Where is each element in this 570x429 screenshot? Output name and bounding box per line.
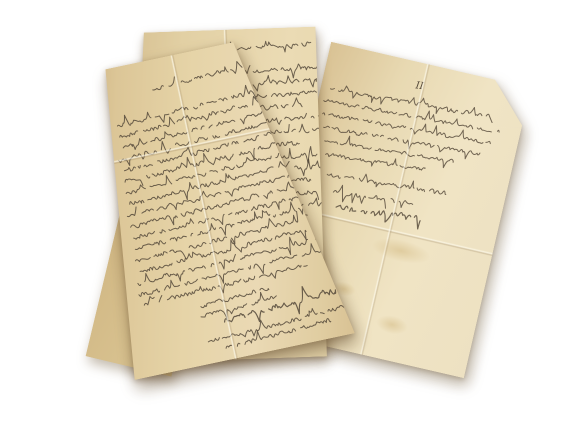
handwriting-line [115,79,282,132]
handwriting-line [128,156,309,211]
fold-crease [292,207,493,257]
handwriting-line [130,171,311,196]
handwriting-line [134,198,325,221]
handwriting-line [122,106,288,152]
handwriting-line [127,61,317,88]
handwriting-line [132,159,326,187]
handwriting-line [130,295,318,321]
handwriting-line [128,211,307,234]
middle-page-shadow-wrap [0,0,570,429]
handwriting-line [128,179,305,234]
handwriting-line [335,198,421,230]
handwriting-line [325,143,425,178]
handwriting-line [323,98,492,152]
handwriting-line [325,131,454,171]
handwriting-line [199,289,279,324]
handwriting-line [135,234,310,290]
letters-photo: II [0,0,570,429]
handwriting-line [324,87,501,141]
handwriting-line [129,86,317,112]
handwriting-line [327,162,447,203]
handwriting-line [154,316,304,336]
stain [369,233,432,268]
handwriting-line [126,171,304,220]
handwriting-line [122,125,292,172]
front-page-shadow-wrap [0,0,570,429]
handwriting-line [133,146,317,171]
page-numeral: II [414,80,425,92]
fold-crease [223,30,239,360]
handwriting-line [206,302,346,345]
handwriting-line [133,283,327,307]
handwriting-line [124,149,290,195]
letter-page-front [70,30,355,380]
handwriting-line [132,200,306,254]
handwriting-line [221,280,339,329]
handwriting-middle [104,26,335,363]
right-page-shadow-wrap: II [0,0,570,429]
handwriting-line [132,275,312,295]
handwriting-line [323,117,480,164]
handwriting-line [130,98,302,122]
handwriting-line [134,265,312,281]
back-page-shadow-wrap [0,0,570,429]
handwriting-line [135,187,326,211]
handwriting-line [132,192,315,243]
handwriting-line [224,315,332,348]
fold-crease [360,64,431,355]
handwriting-line [123,137,286,189]
handwriting-line [127,137,299,155]
handwriting-line [330,75,495,130]
handwriting-line [136,241,327,301]
handwriting-line [138,224,308,275]
letter-page-blank-verso [86,45,365,405]
handwriting-line [135,249,316,268]
handwriting-line [132,211,301,268]
handwriting-line [117,116,285,167]
handwriting-line [131,74,316,96]
handwriting-line [332,184,414,218]
handwriting-line [132,123,321,144]
handwriting-right: II [264,42,531,378]
handwriting-line [133,110,326,135]
stain [374,313,409,338]
handwriting-front [70,30,355,380]
letter-page-two: II [264,42,531,378]
handwriting-line [200,287,270,308]
letter-page-middle [104,26,335,363]
handwriting-back [86,45,365,405]
fold-crease [89,119,310,170]
fold-crease [170,55,238,359]
handwriting-line [117,91,282,139]
handwriting-line [223,39,311,54]
handwriting-line [151,61,243,91]
stain [330,280,357,299]
handwriting-line [128,222,309,247]
fold-crease [145,59,224,371]
handwriting-line [143,263,309,309]
handwriting-line [130,234,316,260]
